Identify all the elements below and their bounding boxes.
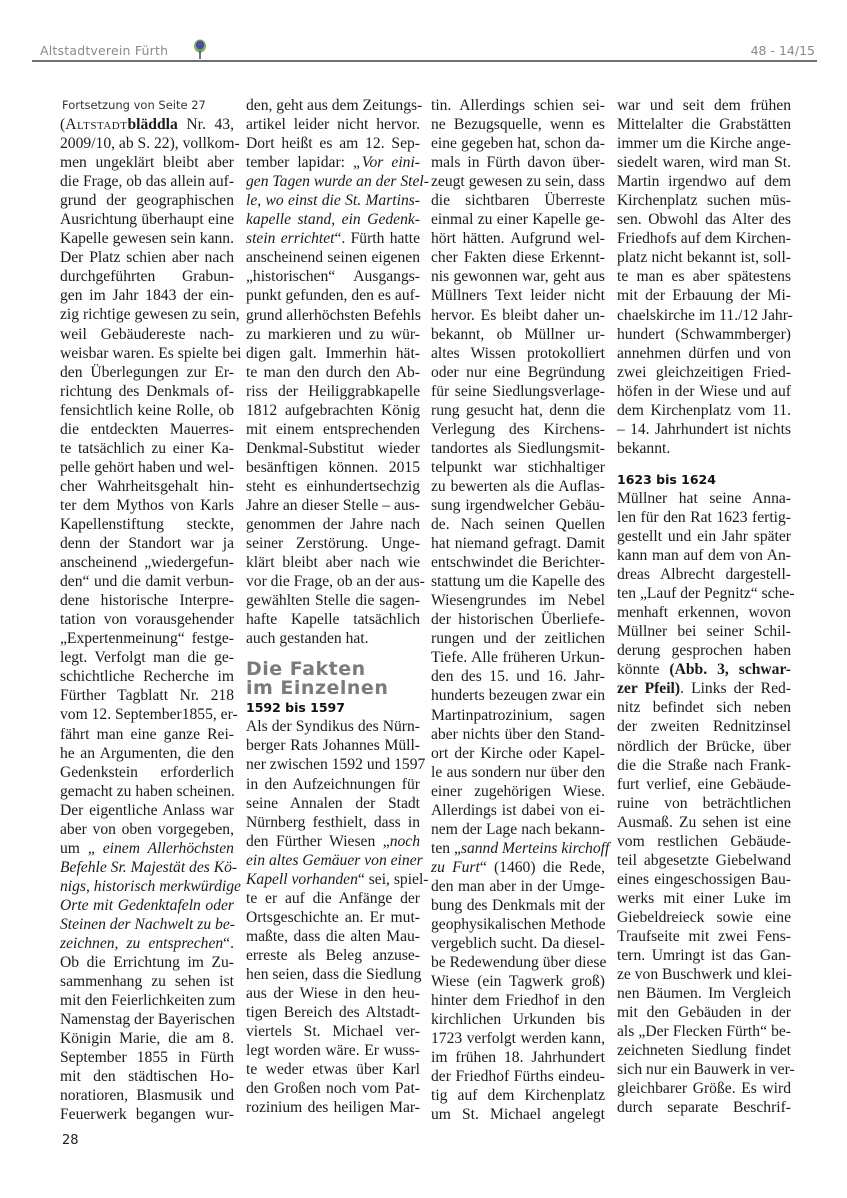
text-line: Gedenkstein erforderlich [60,763,234,782]
text-line: derung gesprochen haben [617,641,791,660]
text-line: rung gesucht hat, denn die [431,401,605,420]
text-line: grund allerhöchsten Befehls [246,306,420,325]
text-line: genommen der Jahre nach [246,515,420,534]
text-line: ne Bezugsquelle, wenn es [431,115,605,134]
text-line: – 14. Jahrhundert ist nichts [617,420,791,439]
text-line: vergeblich sucht. Da diesel- [431,934,605,953]
text-line: artikel leider nicht hervor. [246,115,420,134]
text-line: Als der Syndikus des Nürn- [246,717,420,736]
text-line: rozinium des heiligen Mar- [246,1098,420,1117]
text-line: entschwindet die Berichter- [431,553,605,572]
text-line: Nürnberg festhielt, dass in [246,813,420,832]
text-line: bekannt, ob Müllner ur- [431,325,605,344]
text-line: ein altes Gemäuer von einer [246,851,420,870]
text-line: te man den durch den Ab- [246,363,420,382]
text-line: den Fürther Wiesen „noch [246,832,420,851]
text-line: um St. Michael angelegt [431,1105,605,1124]
text-line: auch gestanden hat. [246,629,420,648]
text-line: noratioren, Blasmusik und [60,1086,234,1105]
text-line: bung des Denkmals mit der [431,896,605,915]
text-line: Namenstag der Bayerischen [60,1010,234,1029]
text-line: gestellt und ein Jahr später [617,527,791,546]
text-line: Müllners Text leider nicht [431,286,605,305]
text-line: be Redewendung über diese [431,953,605,972]
text-line: erreste als Beleg anzuse- [246,946,420,965]
text-line: tandortes als Siedlungsmit- [431,439,605,458]
spacer [617,458,791,470]
text-line: dene historische Interpre- [60,591,234,610]
text-line: vom 12. September1855, er- [60,705,234,724]
text-line: pelle gehört haben und wel- [60,458,234,477]
text-line: rungen und der zeitlichen [431,629,605,648]
text-line: nen Bäumen. Im Vergleich [617,984,791,1003]
text-column-4: war und seit dem frühenMittelalter die G… [617,96,791,1117]
text-line: Kapell vorhanden“ sei, spiel- [246,870,420,889]
text-line: zu markieren und zu wür- [246,325,420,344]
text-line: sung irgendwelcher Gebäu- [431,496,605,515]
text-line: sen. Obwohl das Alter des [617,210,791,229]
text-line: schichtliche Recherche im [60,667,234,686]
text-line: men ungeklärt bleibt aber [60,153,234,172]
text-line: menhaft erkennen, wovon [617,603,791,622]
text-line: (Altstadtbläddla Nr. 43, [60,115,234,134]
text-line: ort der Kirche oder Kapel- [431,744,605,763]
text-line: zig richtige gewesen zu sein, [60,305,234,324]
text-line: Dort heißt es am 12. Sep- [246,134,420,153]
section-heading: im Einzelnen [246,679,420,698]
text-line: aber nichts über den Stand- [431,725,605,744]
text-line: chaelskirche im 11./12 Jahr- [617,306,791,325]
text-line: stattung um die Kapelle des [431,572,605,591]
text-line: tember lapidar: „Vor eini- [246,153,420,172]
issue-number: 48 - 14/15 [751,43,815,58]
text-line: war und seit dem frühen [617,96,791,115]
text-line: aus der Wiese in den heu- [246,984,420,1003]
text-line: hunderts bezeugen zwar ein [431,686,605,705]
text-line: berger Rats Johannes Müll- [246,736,420,755]
text-line: richtung des Denkmals of- [60,382,234,401]
text-line: die sichtbaren Überreste [431,191,605,210]
text-line: hen seien, dass die Siedlung [246,965,420,984]
text-line: tation von vorausgehender [60,610,234,629]
text-line: Kirchenplatz suchen müs- [617,191,791,210]
text-line: ze von Buschwerk und klei- [617,965,791,984]
text-line: mals in Fürth davon über- [431,153,605,172]
text-line: 1812 aufgebrachten König [246,401,420,420]
text-line: sich nur ein Bauwerk in ver- [617,1060,791,1079]
text-line: „Expertenmeinung“ festge- [60,629,234,648]
text-line: hervor. Es bleibt daher un- [431,306,605,325]
text-line: vom restlichen Gebäude- [617,832,791,851]
text-line: ter dem Mythos von Karls [60,496,234,515]
text-line: furt verlief, eine Gebäude- [617,775,791,794]
text-line: die Frage, ob das allein auf- [60,172,234,191]
text-line: eines eingeschossigen Bau- [617,870,791,889]
text-line: kann man auf dem von An- [617,546,791,565]
text-line: 1723 verfolgt werden kann, [431,1029,605,1048]
text-line: te tatsächlich zu einer Ka- [60,439,234,458]
text-line: tig auf dem Kirchenplatz [431,1086,605,1105]
text-line: Kapelle gewesen sein kann. [60,229,234,248]
tree-icon [193,39,207,59]
text-line: hört hätten. Aufgrund wel- [431,229,605,248]
text-line: Feuerwerk begangen wur- [60,1105,234,1124]
text-line: durch separate Beschrif- [617,1098,791,1117]
text-line: maßte, dass die alten Mau- [246,927,420,946]
text-line: für seine Siedlungsverlage- [431,382,605,401]
text-line: besänftigen können. 2015 [246,458,420,477]
text-line: Königin Marie, die am 8. [60,1029,234,1048]
text-line: gleichbarer Größe. Es wird [617,1079,791,1098]
text-line: einer zugehörigen Wiese. [431,782,605,801]
text-line: te man es aber spätestens [617,267,791,286]
text-line: grund der geographischen [60,191,234,210]
text-column-2: den, geht aus dem Zeitungs-artikel leide… [246,96,420,1117]
text-line: Martinpatrozinium, sagen [431,706,605,725]
text-line: geophysikalischen Methode [431,915,605,934]
text-line: Jahre an dieser Stelle – aus- [246,496,420,515]
text-line: kirchlichen Urkunden bis [431,1010,605,1029]
text-line: siedelt waren, wird man St. [617,153,791,172]
text-line: legt. Verfolgt man die ge- [60,648,234,667]
text-line: ruine von beträchtlichen [617,794,791,813]
text-line: Tiefe. Alle früheren Urkun- [431,648,605,667]
text-line: der historischen Überliefe- [431,610,605,629]
text-line: nördlich der Brücke, über [617,737,791,756]
text-line: stein errichtet“. Fürth hatte [246,229,420,248]
text-line: Giebeldreieck sowie eine [617,908,791,927]
text-line: riss der Heiliggrabkapelle [246,382,420,401]
text-line: cher Fakten diese Erkennt- [431,248,605,267]
text-line: annehmen dürfen und von [617,344,791,363]
text-line: kapelle stand, ein Gedenk- [246,210,420,229]
text-line: weil Gebäudereste nach- [60,325,234,344]
text-line: de. Nach seinen Quellen [431,515,605,534]
text-line: dem Kirchenplatz vom 11. [617,401,791,420]
text-line: seine Annalen der Stadt [246,794,420,813]
text-line: um „ einem Allerhöchsten [60,839,234,858]
text-line: Ob die Errichtung im Zu- [60,953,234,972]
text-line: ner zwischen 1592 und 1597 [246,755,420,774]
running-header: Altstadtverein Fürth 48 - 14/15 [32,36,817,62]
text-line: seiner Zerstörung. Unge- [246,534,420,553]
text-line: te er auf die Anfänge der [246,889,420,908]
text-line: Kapellenstiftung steckte, [60,515,234,534]
text-line: als „Der Flecken Fürth“ be- [617,1022,791,1041]
text-line: gewählten Stelle die sagen- [246,591,420,610]
publication-title: Altstadtverein Fürth [40,43,168,58]
text-line: denn der Standort war ja [60,534,234,553]
text-line: zeichneten Siedlung findet [617,1041,791,1060]
text-line: hundert (Schwammberger) [617,325,791,344]
text-line: mit den Gebäuden in der [617,1003,791,1022]
text-line: tigen Bereich des Altstadt- [246,1003,420,1022]
text-line: Allerdings ist dabei von ei- [431,801,605,820]
text-line: der zweiten Rednitzinsel [617,717,791,736]
text-line: Müllner hat seine Anna- [617,489,791,508]
text-line: zwei gleichzeitigen Fried- [617,363,791,382]
text-line: aber von oben vorgegeben, [60,820,234,839]
text-line: Ausrichtung überhaupt eine [60,210,234,229]
text-line: weisbar waren. Es spielte bei [60,344,234,363]
text-line: platz nicht bekannt ist, soll- [617,248,791,267]
text-line: die die Straße nach Frank- [617,756,791,775]
text-line: zu bewerten als die Auflas- [431,477,605,496]
text-line: anscheinend „wiedergefun- [60,553,234,572]
text-line: zer Pfeil). Links der Red- [617,679,791,698]
text-line: Der Platz schien aber nach [60,248,234,267]
text-line: steht es einhundertsechzig [246,477,420,496]
text-line: tern. Umringt ist das Gan- [617,946,791,965]
text-line: anscheinend seinen eigenen [246,248,420,267]
text-line: legt worden wäre. Er wuss- [246,1041,420,1060]
text-line: punkt gefunden, den es auf- [246,286,420,305]
text-line: Steinen der Nachwelt zu be- [60,915,234,934]
text-column-3: tin. Allerdings schien sei-ne Bezugsquel… [431,96,605,1125]
text-line: Ortsgeschichte an. Er mut- [246,908,420,927]
text-line: höfen in der Wiese und auf [617,382,791,401]
text-line: könnte (Abb. 3, schwar- [617,660,791,679]
text-line: gen Tagen wurde an der Stel- [246,172,420,191]
text-line: durchgeführten Grabun- [60,267,234,286]
text-line: Verlegung des Kirchens- [431,420,605,439]
text-line: den man aber in der Umge- [431,877,605,896]
text-line: hafte Kapelle tatsächlich [246,610,420,629]
text-line: hat niemand gefragt. Damit [431,534,605,553]
text-line: zeichnen, zu entsprechen“. [60,934,234,953]
text-line: „historischen“ Ausgangs- [246,267,420,286]
text-line: teil abgesetzte Giebelwand [617,851,791,870]
text-line: zeugt gewesen zu sein, dass [431,172,605,191]
text-line: Der eigentliche Anlass war [60,801,234,820]
text-line: oder nur eine Begründung [431,363,605,382]
text-line: der Friedhof Fürths eindeu- [431,1067,605,1086]
text-line: altes Wissen protokolliert [431,344,605,363]
text-line: Denkmal-Substitut wieder [246,439,420,458]
text-line: bekannt. [617,439,791,458]
subheading: 1623 bis 1624 [617,470,791,489]
text-line: sammenhang zu sehen ist [60,972,234,991]
text-line: mit einem entsprechenden [246,420,420,439]
text-line: cher Wahrheitsgehalt hin- [60,477,234,496]
text-line: die entdeckten Mauerres- [60,420,234,439]
text-line: digen galt. Immerhin hät- [246,344,420,363]
text-line: Wiese (ein Tagwerk groß) [431,972,605,991]
text-line: Martin irgendwo auf dem [617,172,791,191]
text-line: Orte mit Gedenktafeln oder [60,896,234,915]
text-line: hinter dem Friedhof in den [431,991,605,1010]
text-line: im frühen 18. Jahrhundert [431,1048,605,1067]
text-line: Müllner bei seiner Schil- [617,622,791,641]
text-line: tin. Allerdings schien sei- [431,96,605,115]
text-line: Friedhofs auf dem Kirchen- [617,229,791,248]
text-line: Traufseite mit zwei Fens- [617,927,791,946]
text-line: mit der Erbauung der Mi- [617,286,791,305]
text-line: Befehle Sr. Majestät des Kö- [60,858,234,877]
text-line: den Großen noch vom Pat- [246,1079,420,1098]
text-line: einmal zu einer Kapelle ge- [431,210,605,229]
text-line: gen im Jahr 1843 der ein- [60,286,234,305]
text-line: klärt bleibt aber nach wie [246,553,420,572]
text-line: den Überlegungen zur Er- [60,363,234,382]
subheading: 1592 bis 1597 [246,698,420,717]
page-number: 28 [62,1133,79,1148]
text-line: nitz befindet sich neben [617,698,791,717]
text-line: September 1855 in Fürth [60,1048,234,1067]
text-line: immer um die Kirche ange- [617,134,791,153]
text-line: 2009/10, ab S. 22), vollkom- [60,134,234,153]
text-line: nigs, historisch merkwürdige [60,877,234,896]
text-line: dreas Albrecht dargestell- [617,565,791,584]
text-line: den“ und die damit verbun- [60,572,234,591]
text-line: te weder etwas über Karl [246,1060,420,1079]
text-line: den des 15. und 16. Jahr- [431,667,605,686]
text-line: telpunkt war stichhaltiger [431,458,605,477]
text-line: Ausmaß. Zu sehen ist eine [617,813,791,832]
text-line: fährt man eine ganze Rei- [60,725,234,744]
text-line: ten „sannd Merteins kirchoff [431,839,605,858]
text-line: zu Furt“ (1460) die Rede, [431,858,605,877]
text-column-1: Fortsetzung von Seite 27 (Altstadtbläddl… [60,96,234,1124]
text-line: le aus sondern nur über den [431,763,605,782]
text-line: vor die Frage, ob an der aus- [246,572,420,591]
text-line: ten „Lauf der Pegnitz“ sche- [617,584,791,603]
text-line: mit den städtischen Ho- [60,1067,234,1086]
text-line: nem der Lage nach bekann- [431,820,605,839]
text-line: Mittelalter die Grabstätten [617,115,791,134]
text-line: den, geht aus dem Zeitungs- [246,96,420,115]
text-line: le, wo einst die St. Martins- [246,191,420,210]
text-line: len für den Rat 1623 fertig- [617,508,791,527]
text-line: nis gewonnen war, geht aus [431,267,605,286]
text-line: werks mit einer Luke im [617,889,791,908]
text-line: he an Argumenten, die den [60,744,234,763]
text-line: fensichtlich keine Rolle, ob [60,401,234,420]
text-line: Fürther Tagblatt Nr. 218 [60,686,234,705]
text-line: gemacht zu haben scheinen. [60,782,234,801]
continued-note: Fortsetzung von Seite 27 [60,96,234,115]
text-line: Wiesengrundes im Nebel [431,591,605,610]
text-line: viertels St. Michael ver- [246,1022,420,1041]
text-line: in den Aufzeichnungen für [246,775,420,794]
text-line: mit den Feierlichkeiten zum [60,991,234,1010]
text-line: eine gegeben hat, schon da- [431,134,605,153]
